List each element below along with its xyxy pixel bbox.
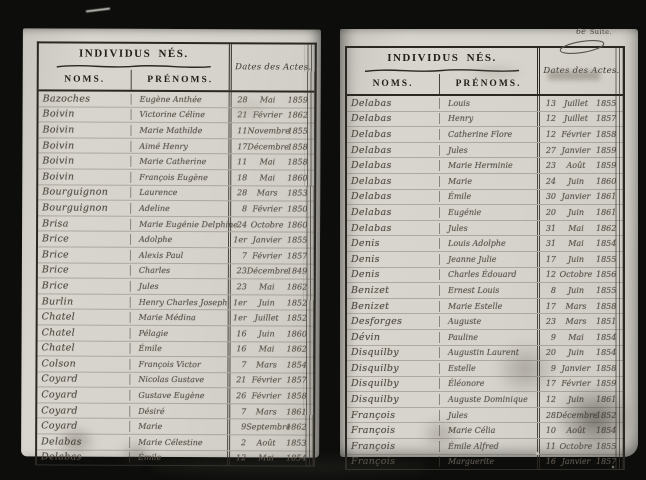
surname-cell: Disquilby: [347, 363, 440, 374]
date-month: Décembre: [247, 142, 287, 151]
date-day: 23: [540, 317, 556, 326]
surname-cell: Dévin: [347, 332, 440, 343]
date-cell: 24Octobre1860: [228, 217, 314, 232]
date-cell: 12Février1858: [537, 127, 623, 142]
given-names-cell: Laurence: [131, 188, 228, 197]
date-cell: 11Mai1858: [228, 155, 314, 170]
surname-cell: Delabas: [347, 207, 440, 218]
date-month: Août: [246, 438, 286, 447]
register-row: ColsonFrançois Victor7Mars1854: [37, 357, 313, 374]
date-month: Janvier: [556, 192, 596, 201]
given-names-cell: Émile Alfred: [440, 442, 537, 451]
given-names-cell: Catherine Flore: [440, 130, 537, 139]
date-day: 8: [540, 286, 556, 295]
surname-cell: Coyard: [37, 374, 130, 385]
register-row: DisquilbyAuguste Dominique12Juin1861: [347, 392, 623, 408]
table-body: BazochesEugène Anthée28Mai1859BoivinVict…: [37, 91, 315, 466]
date-day: 1er: [231, 298, 247, 307]
surname-cell: Delabas: [347, 145, 440, 156]
date-day: 21: [232, 111, 248, 120]
date-month: Janvier: [556, 364, 596, 373]
surname-cell: Brisa: [38, 218, 131, 229]
register-row: DenisCharles Édouard12Octobre1856: [347, 268, 623, 284]
date-cell: 7Mars1861: [227, 404, 313, 419]
date-cell: 11Octobre1855: [537, 439, 623, 454]
surname-cell: Delabas: [37, 452, 130, 463]
date-cell: 7Mars1854: [227, 357, 313, 372]
register-row: BurlinHenry Charles Joseph1erJuin1852: [38, 294, 314, 311]
date-cell: 1erJanvier1855: [228, 233, 314, 248]
date-cell: 27Janvier1859: [537, 143, 623, 158]
surname-cell: Disquilby: [347, 378, 440, 389]
register-row: CoyardGustave Eugène26Février1858: [37, 388, 313, 405]
date-month: Octobre: [556, 442, 596, 451]
register-row: ChatelÉmile16Mai1862: [38, 341, 314, 358]
date-day: 30: [540, 192, 556, 201]
date-month: Juin: [556, 286, 596, 295]
date-day: 2: [230, 438, 246, 447]
register-row: BoivinVictorine Céline21Février1862: [39, 107, 315, 124]
scanned-register-image: INDIVIDUS NÉS. NOMS. PRÉNOMS. Dates des …: [0, 0, 646, 480]
given-names-cell: Adolphe: [131, 235, 228, 244]
register-row: BriceAdolphe1erJanvier1855: [38, 232, 314, 249]
date-cell: 17Mars1858: [537, 299, 623, 314]
date-cell: 28Mars1853: [228, 186, 314, 201]
date-cell: 21Février1857: [227, 373, 313, 388]
date-month: Février: [246, 376, 286, 385]
surname-cell: Delabas: [347, 98, 440, 109]
surname-cell: Brice: [38, 234, 131, 245]
date-cell: 23Décembre1849: [228, 264, 314, 279]
date-cell: 17Février1859: [537, 377, 623, 392]
date-month: Septembre: [246, 423, 286, 432]
corner-note-word: Suite.: [590, 28, 612, 36]
given-names-cell: Marie Célestine: [130, 438, 227, 447]
date-cell: 31Mai1854: [537, 236, 623, 251]
given-names-cell: Alexis Paul: [131, 251, 228, 260]
given-names-cell: Marie: [130, 422, 227, 431]
date-month: Juin: [556, 255, 596, 264]
surname-cell: Chatel: [38, 343, 131, 354]
date-month: Mai: [247, 173, 287, 182]
register-row: DelabasJules27Janvier1859: [347, 143, 623, 159]
date-month: Octobre: [556, 270, 596, 279]
date-cell: 13Juillet1855: [537, 96, 623, 111]
surname-cell: Benizet: [347, 285, 440, 296]
surname-cell: Brice: [38, 280, 131, 291]
table-header: INDIVIDUS NÉS. NOMS. PRÉNOMS. Dates des …: [39, 43, 315, 92]
register-row: BazochesEugène Anthée28Mai1859: [39, 91, 315, 108]
date-day: 31: [540, 224, 556, 233]
date-day: 23: [231, 267, 247, 276]
given-names-cell: Nicolas Gustave: [130, 375, 227, 384]
date-cell: 9Mai1854: [537, 330, 623, 345]
date-day: 16: [540, 457, 556, 466]
given-names-cell: Marie Eugénie Delphine: [131, 219, 228, 228]
date-day: 7: [230, 407, 246, 416]
register-row: DenisLouis Adolphe31Mai1854: [347, 236, 623, 252]
surname-cell: François: [347, 410, 440, 421]
date-day: 17: [540, 379, 556, 388]
surname-cell: Denis: [347, 238, 440, 249]
date-month: Juillet: [556, 114, 596, 123]
table-title: INDIVIDUS NÉS.: [347, 48, 537, 67]
date-cell: 11Novembre1855: [228, 123, 314, 138]
register-row: BoivinFrançois Eugène18Mai1860: [38, 169, 314, 186]
given-names-cell: Jules: [131, 282, 228, 291]
date-month: Mai: [247, 345, 287, 354]
date-day: 28: [232, 95, 248, 104]
date-day: 24: [540, 177, 556, 186]
film-scratch: [86, 8, 110, 13]
date-cell: 20Juin1854: [537, 346, 623, 361]
date-cell: 26Février1858: [227, 389, 313, 404]
register-row: ChatelPélagie16Juin1860: [38, 325, 314, 342]
date-month: Mai: [556, 239, 596, 248]
date-cell: 20Juin1861: [537, 205, 623, 220]
date-cell: 24Juin1860: [537, 174, 623, 189]
date-month: Février: [247, 251, 287, 260]
given-names-cell: Eugénie: [440, 208, 537, 217]
date-cell: 12Juin1861: [537, 392, 623, 407]
date-cell: 8Février1850: [228, 201, 314, 216]
date-cell: 9Septembre1862: [227, 420, 313, 435]
date-cell: 16Mai1862: [228, 342, 314, 357]
date-day: 31: [540, 239, 556, 248]
date-month: Janvier: [247, 235, 287, 244]
surname-cell: François: [347, 425, 440, 436]
register-row: BourguignonAdeline8Février1850: [38, 201, 314, 218]
table-title: INDIVIDUS NÉS.: [39, 43, 229, 63]
given-names-cell: Louis Adolphe: [440, 239, 537, 248]
surname-cell: Boivin: [38, 156, 131, 167]
given-names-cell: Marie Catherine: [131, 157, 228, 166]
date-month: Mars: [556, 302, 596, 311]
date-day: 24: [231, 220, 247, 229]
date-month: Mars: [246, 360, 286, 369]
given-names-cell: Marie Herminie: [440, 161, 537, 170]
date-day: 20: [540, 208, 556, 217]
register-row: BoivinMarie Catherine11Mai1858: [38, 154, 314, 171]
column-header-noms: NOMS.: [39, 69, 132, 89]
register-row: BenizetErnest Louis8Juin1855: [347, 283, 623, 299]
surname-cell: Chatel: [38, 327, 131, 338]
given-names-cell: François Victor: [130, 360, 227, 369]
date-cell: 16Janvier1857: [537, 455, 623, 470]
date-month: Novembre: [247, 126, 287, 135]
given-names-cell: François Eugène: [131, 173, 228, 182]
surname-cell: Benizet: [347, 301, 440, 312]
given-names-cell: Pélagie: [131, 329, 228, 338]
date-day: 11: [231, 157, 247, 166]
date-day: 16: [231, 345, 247, 354]
register-page-right: INDIVIDUS NÉS. NOMS. PRÉNOMS. Dates des …: [340, 29, 638, 457]
register-row: CoyardMarie9Septembre1862: [37, 419, 313, 436]
date-day: 27: [540, 146, 556, 155]
date-cell: 18Mai1860: [228, 170, 314, 185]
date-day: 23: [231, 282, 247, 291]
date-month: Mai: [248, 95, 288, 104]
corner-note: 6eSuite.: [576, 27, 612, 36]
register-row: DévinPauline9Mai1854: [347, 330, 623, 346]
births-table-left: INDIVIDUS NÉS. NOMS. PRÉNOMS. Dates des …: [35, 41, 317, 466]
date-month: Décembre: [556, 411, 596, 420]
given-names-cell: Gustave Eugène: [130, 391, 227, 400]
given-names-cell: Auguste: [440, 317, 537, 326]
register-row: DesforgesAuguste23Mars1851: [347, 314, 623, 330]
surname-cell: Chatel: [38, 312, 131, 323]
date-day: 12: [540, 114, 556, 123]
date-day: 12: [540, 395, 556, 404]
register-page-left: INDIVIDUS NÉS. NOMS. PRÉNOMS. Dates des …: [21, 28, 321, 457]
register-row: BourguignonLaurence28Mars1853: [38, 185, 314, 202]
given-names-cell: Henry Charles Joseph: [131, 297, 228, 306]
date-month: Juin: [556, 208, 596, 217]
register-row: BenizetMarie Estelle17Mars1858: [347, 299, 623, 315]
given-names-cell: Marie Célia: [440, 426, 537, 435]
given-names-cell: Marie Estelle: [440, 302, 537, 311]
date-month: Août: [556, 426, 596, 435]
date-cell: 16Juin1860: [228, 326, 314, 341]
register-row: DelabasLouis13Juillet1855: [347, 96, 623, 112]
date-cell: 23Mai1862: [228, 279, 314, 294]
date-month: Février: [246, 391, 286, 400]
surname-cell: Coyard: [37, 405, 130, 416]
date-day: 17: [540, 302, 556, 311]
film-speck: [612, 466, 614, 468]
given-names-cell: Marguerite: [440, 457, 537, 466]
surname-cell: Denis: [347, 254, 440, 265]
surname-cell: Burlin: [38, 296, 131, 307]
given-names-cell: Victorine Céline: [132, 110, 229, 119]
date-month: Février: [248, 111, 288, 120]
date-month: Janvier: [556, 457, 596, 466]
surname-cell: Bourguignon: [38, 187, 131, 198]
register-row: FrançoisMarie Célia10Août1854: [347, 423, 623, 439]
surname-cell: François: [347, 441, 440, 452]
date-day: 16: [231, 329, 247, 338]
date-month: Février: [556, 379, 596, 388]
surname-cell: Delabas: [347, 129, 440, 140]
date-cell: 7Février1857: [228, 248, 314, 263]
register-row: CoyardNicolas Gustave21Février1857: [37, 372, 313, 389]
date-day: 17: [540, 255, 556, 264]
date-day: 11: [540, 442, 556, 451]
date-cell: 28Décembre1852: [537, 408, 623, 423]
given-names-cell: Jules: [440, 411, 537, 420]
register-row: ChatelMarie Médina1erJuillet1852: [38, 310, 314, 327]
register-row: DelabasEugénie20Juin1861: [347, 205, 623, 221]
register-row: DenisJeanne Julie17Juin1855: [347, 252, 623, 268]
date-day: 23: [540, 161, 556, 170]
date-day: 21: [230, 376, 246, 385]
column-header-prenoms: PRÉNOMS.: [132, 70, 229, 90]
date-day: 28: [231, 189, 247, 198]
date-month: Janvier: [556, 146, 596, 155]
surname-cell: Coyard: [37, 421, 130, 432]
date-month: Février: [556, 130, 596, 139]
register-row: BriceAlexis Paul7Février1857: [38, 247, 314, 264]
given-names-cell: Charles: [131, 266, 228, 275]
surname-cell: Delabas: [347, 223, 440, 234]
given-names-cell: Henry: [440, 114, 537, 123]
register-row: BrisaMarie Eugénie Delphine24Octobre1860: [38, 216, 314, 233]
register-row: DisquilbyÉléonore17Février1859: [347, 377, 623, 393]
year-grid-lines: [613, 48, 623, 470]
surname-cell: Denis: [347, 269, 440, 280]
date-day: 7: [231, 251, 247, 260]
date-month: Mai: [247, 282, 287, 291]
register-row: FrançoisJules28Décembre1852: [347, 408, 623, 424]
date-month: Février: [247, 204, 287, 213]
date-day: 13: [540, 99, 556, 108]
surname-cell: Desforges: [347, 316, 440, 327]
surname-cell: Boivin: [38, 140, 131, 151]
date-cell: 12Juillet1857: [537, 112, 623, 127]
surname-cell: Bazoches: [39, 93, 132, 104]
date-cell: 1erJuillet1852: [228, 311, 314, 326]
date-cell: 1erJuin1852: [228, 295, 314, 310]
given-names-cell: Eugène Anthée: [132, 95, 229, 104]
surname-cell: Delabas: [37, 436, 130, 447]
date-cell: 23Mars1851: [537, 314, 623, 329]
surname-cell: Boivin: [39, 109, 132, 120]
date-day: 11: [231, 126, 247, 135]
register-row: DelabasMarie24Juin1860: [347, 174, 623, 190]
date-month: Août: [556, 161, 596, 170]
given-names-cell: Marie Médina: [131, 313, 228, 322]
date-month: Décembre: [247, 267, 287, 276]
given-names-cell: Jules: [440, 146, 537, 155]
date-month: Octobre: [247, 220, 287, 229]
date-day: 18: [231, 173, 247, 182]
surname-cell: Delabas: [347, 113, 440, 124]
date-month: Juin: [556, 395, 596, 404]
register-row: FrançoisÉmile Alfred11Octobre1855: [347, 439, 623, 455]
given-names-cell: Charles Édouard: [440, 270, 537, 279]
column-header-dates: Dates des Actes.: [229, 44, 315, 90]
given-names-cell: Jules: [440, 224, 537, 233]
date-month: Juin: [556, 348, 596, 357]
date-day: 8: [231, 204, 247, 213]
date-cell: 21Février1862: [229, 108, 315, 123]
date-day: 12: [540, 270, 556, 279]
date-cell: 2Août1853: [227, 435, 313, 450]
given-names-cell: Marie: [440, 177, 537, 186]
date-day: 26: [230, 391, 246, 400]
date-cell: 28Mai1859: [229, 92, 315, 107]
given-names-cell: Adeline: [131, 204, 228, 213]
surname-cell: Brice: [38, 249, 131, 260]
date-month: Mars: [246, 407, 286, 416]
date-month: Mai: [247, 158, 287, 167]
surname-cell: Boivin: [38, 124, 131, 135]
register-row: BriceJules23Mai1862: [38, 279, 314, 296]
register-row: DelabasJules31Mai1862: [347, 221, 623, 237]
births-table-right: INDIVIDUS NÉS. NOMS. PRÉNOMS. Dates des …: [345, 46, 625, 470]
date-cell: 30Janvier1861: [537, 190, 623, 205]
date-cell: 31Mai1862: [537, 221, 623, 236]
date-cell: 23Août1859: [537, 158, 623, 173]
date-day: 10: [540, 426, 556, 435]
surname-cell: Bourguignon: [38, 202, 131, 213]
given-names-cell: Éléonore: [440, 379, 537, 388]
film-smear: [150, 458, 430, 476]
corner-note-number: 6e: [576, 27, 586, 36]
date-month: Juillet: [247, 313, 287, 322]
header-main: INDIVIDUS NÉS. NOMS. PRÉNOMS.: [347, 48, 537, 94]
date-month: Juin: [247, 298, 287, 307]
register-row: DelabasÉmile30Janvier1861: [347, 190, 623, 206]
given-names-cell: Auguste Dominique: [440, 395, 537, 404]
date-month: Mai: [556, 333, 596, 342]
surname-cell: Coyard: [37, 389, 130, 400]
given-names-cell: Désiré: [130, 406, 227, 415]
date-month: Juillet: [556, 99, 596, 108]
register-row: DisquilbyEstelle9Janvier1858: [347, 361, 623, 377]
date-day: 9: [230, 423, 246, 432]
date-cell: 10Août1854: [537, 423, 623, 438]
given-names-cell: Jeanne Julie: [440, 255, 537, 264]
date-day: 20: [540, 348, 556, 357]
date-cell: 17Juin1855: [537, 252, 623, 267]
register-row: DelabasCatherine Flore12Février1858: [347, 127, 623, 143]
given-names-cell: Émile: [440, 192, 537, 201]
year-grid-lines: [303, 45, 315, 467]
date-day: 1er: [231, 313, 247, 322]
date-cell: 8Juin1855: [537, 283, 623, 298]
given-names-cell: Augustin Laurent: [440, 348, 537, 357]
header-main: INDIVIDUS NÉS. NOMS. PRÉNOMS.: [39, 43, 229, 90]
surname-cell: Brice: [38, 265, 131, 276]
given-names-cell: Aimé Henry: [131, 141, 228, 150]
register-row: BoivinMarie Mathilde11Novembre1855: [38, 123, 314, 140]
given-names-cell: Estelle: [440, 364, 537, 373]
date-cell: 9Janvier1858: [537, 361, 623, 376]
surname-cell: Colson: [37, 358, 130, 369]
date-month: Juin: [556, 177, 596, 186]
surname-cell: Disquilby: [347, 347, 440, 358]
swelled-rule-ornament: [351, 67, 533, 74]
date-month: Mars: [556, 317, 596, 326]
register-row: CoyardDésiré7Mars1861: [37, 403, 313, 420]
given-names-cell: Louis: [440, 99, 537, 108]
surname-cell: Delabas: [347, 160, 440, 171]
given-names-cell: Émile: [131, 344, 228, 353]
film-speck: [536, 452, 539, 455]
subheader-row: NOMS. PRÉNOMS.: [347, 74, 537, 94]
date-cell: 17Décembre1858: [228, 139, 314, 154]
surname-cell: Disquilby: [347, 394, 440, 405]
date-day: 1er: [231, 235, 247, 244]
date-month: Juin: [247, 329, 287, 338]
subheader-row: NOMS. PRÉNOMS.: [39, 69, 229, 90]
register-row: DelabasHenry12Juillet1857: [347, 112, 623, 128]
register-row: BriceCharles23Décembre1849: [38, 263, 314, 280]
table-body: DelabasLouis13Juillet1855DelabasHenry12J…: [347, 96, 623, 470]
column-header-noms: NOMS.: [347, 74, 440, 94]
surname-cell: Boivin: [38, 171, 131, 182]
register-row: DisquilbyAugustin Laurent20Juin1854: [347, 346, 623, 362]
given-names-cell: Pauline: [440, 333, 537, 342]
date-month: Mai: [556, 224, 596, 233]
register-row: BoivinAimé Henry17Décembre1858: [38, 138, 314, 155]
date-day: 7: [230, 360, 246, 369]
date-day: 9: [540, 364, 556, 373]
surname-cell: Delabas: [347, 176, 440, 187]
date-day: 9: [540, 333, 556, 342]
register-row: DelabasMarie Célestine2Août1853: [37, 434, 313, 451]
